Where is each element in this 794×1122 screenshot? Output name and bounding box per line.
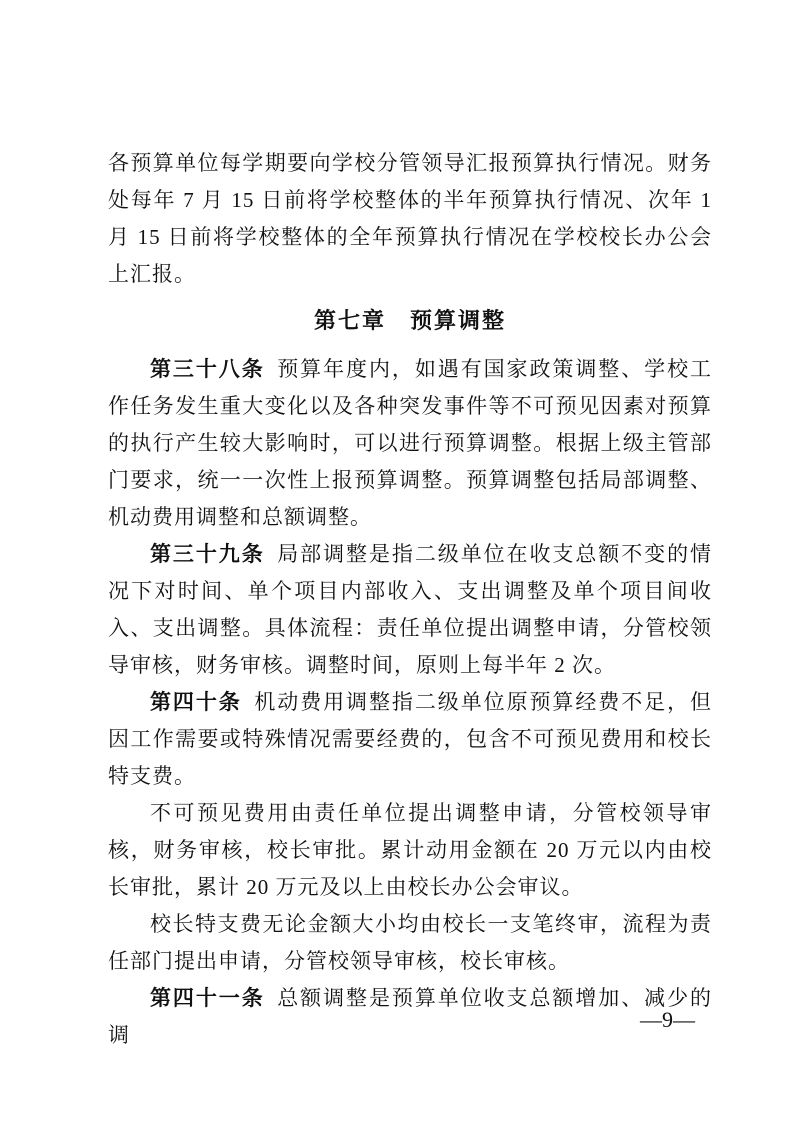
document-page: 各预算单位每学期要向学校分管领导汇报预算执行情况。财务处每年 7 月 15 日前…	[0, 0, 794, 1122]
article-38-paragraph: 第三十八条预算年度内，如遇有国家政策调整、学校工作任务发生重大变化以及各种突发事…	[108, 351, 712, 536]
document-content: 各预算单位每学期要向学校分管领导汇报预算执行情况。财务处每年 7 月 15 日前…	[108, 145, 712, 1054]
intro-paragraph-text: 各预算单位每学期要向学校分管领导汇报预算执行情况。财务处每年 7 月 15 日前…	[108, 151, 712, 286]
special-expense-text: 校长特支费无论金额大小均由校长一支笔终审，流程为责任部门提出申请，分管校领导审核…	[108, 912, 712, 973]
page-number: —9—	[640, 1005, 695, 1035]
special-expense-paragraph: 校长特支费无论金额大小均由校长一支笔终审，流程为责任部门提出申请，分管校领导审核…	[108, 906, 712, 980]
chapter-heading: 第七章 预算调整	[108, 301, 712, 341]
intro-paragraph: 各预算单位每学期要向学校分管领导汇报预算执行情况。财务处每年 7 月 15 日前…	[108, 145, 712, 293]
article-41-paragraph: 第四十一条总额调整是预算单位收支总额增加、减少的调	[108, 980, 712, 1054]
article-38-number: 第三十八条	[150, 358, 265, 381]
article-40-number: 第四十条	[150, 691, 242, 714]
unforeseen-expense-paragraph: 不可预见费用由责任单位提出调整申请，分管校领导审核，财务审核，校长审批。累计动用…	[108, 795, 712, 906]
article-40-paragraph: 第四十条机动费用调整指二级单位原预算经费不足，但因工作需要或特殊情况需要经费的，…	[108, 684, 712, 795]
article-39-number: 第三十九条	[150, 543, 265, 566]
unforeseen-expense-text: 不可预见费用由责任单位提出调整申请，分管校领导审核，财务审核，校长审批。累计动用…	[108, 801, 712, 899]
article-38-text: 预算年度内，如遇有国家政策调整、学校工作任务发生重大变化以及各种突发事件等不可预…	[108, 357, 712, 529]
article-39-paragraph: 第三十九条局部调整是指二级单位在收支总额不变的情况下对时间、单个项目内部收入、支…	[108, 536, 712, 684]
article-41-number: 第四十一条	[150, 987, 265, 1010]
